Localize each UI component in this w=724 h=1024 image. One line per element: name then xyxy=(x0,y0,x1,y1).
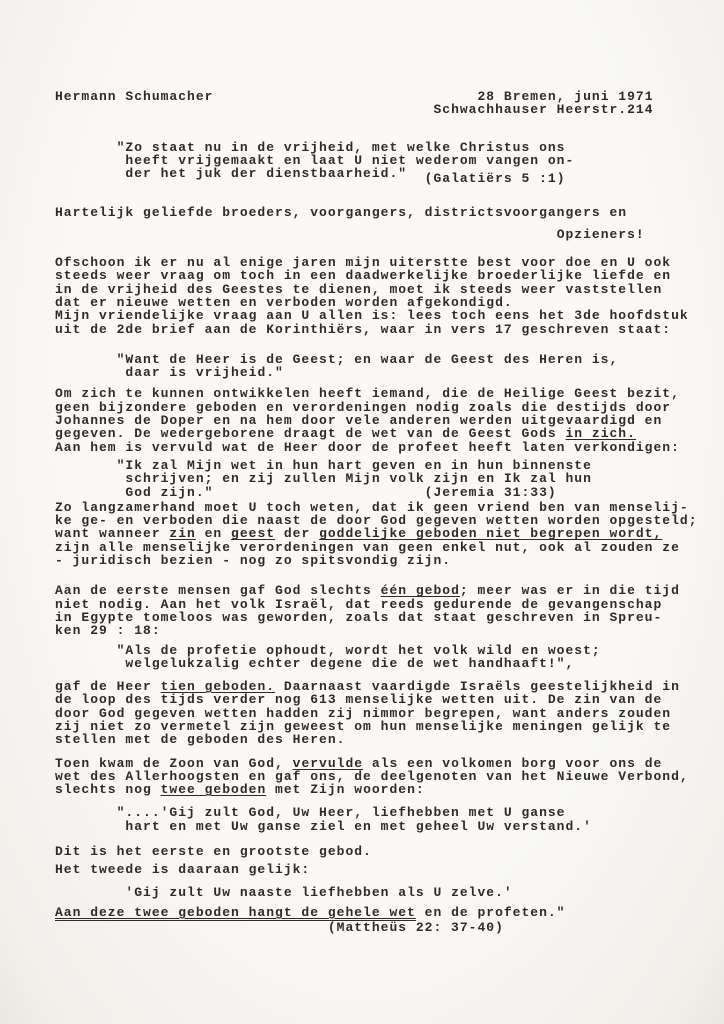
text-line: (Mattheüs 22: 37-40) xyxy=(55,921,724,934)
line-second-commandment-intro: Het tweede is daaraan gelijk: xyxy=(55,863,724,876)
text-line: wet des Allerhoogsten en gaf ons, de dee… xyxy=(55,770,724,783)
spacer xyxy=(55,365,125,380)
underlined-text: twee geboden xyxy=(161,782,267,797)
text-line: heeft vrijgemaakt en laat U niet wederom… xyxy=(55,154,724,167)
text-line: hart en met Uw ganse ziel en met geheel … xyxy=(55,820,724,833)
text-line: niet nodig. Aan het volk Israël, dat ree… xyxy=(55,598,724,611)
text-line: Hermann Schumacher 28 Bremen, juni 1971 xyxy=(55,90,724,103)
text-line: Aan hem is vervuld wat de Heer door de p… xyxy=(55,441,724,454)
text-line: Het tweede is daaraan gelijk: xyxy=(55,863,724,876)
text-line: stellen met de geboden des Heren. xyxy=(55,733,724,746)
text-line: Opzieners! xyxy=(55,228,724,241)
spacer xyxy=(55,920,328,935)
reference-matthew: (Mattheüs 22: 37-40) xyxy=(55,921,724,934)
text-line: dat er nieuwe wetten en verboden worden … xyxy=(55,296,724,309)
text-line: Mijn vriendelijke vraag aan U allen is: … xyxy=(55,309,724,322)
paragraph-4: Aan de eerste mensen gaf God slechts één… xyxy=(55,584,724,637)
text-segment: (Jeremia 31:33) xyxy=(425,485,557,500)
paragraph-5: gaf de Heer tien geboden. Daarnaast vaar… xyxy=(55,680,724,746)
text-line: Aan de eerste mensen gaf God slechts één… xyxy=(55,584,724,597)
text-line: Johannes de Doper en na hem door vele an… xyxy=(55,414,724,427)
paragraph-2: Om zich te kunnen ontwikkelen heeft iema… xyxy=(55,387,724,453)
quote-proverbs: "Als de profetie ophoudt, wordt het volk… xyxy=(55,644,724,671)
text-segment: Dit is het eerste en grootste gebod. xyxy=(55,844,372,859)
text-line: steeds weer vraag om toch in een daadwer… xyxy=(55,269,724,282)
text-segment: welgelukzalig echter degene die de wet h… xyxy=(125,656,574,671)
paragraph-1: Ofschoon ik er nu al enige jaren mijn ui… xyxy=(55,256,724,336)
text-segment: daar is vrijheid." xyxy=(125,365,283,380)
text-line: geen bijzondere geboden en verordeningen… xyxy=(55,401,724,414)
text-segment: Het tweede is daaraan gelijk: xyxy=(55,862,310,877)
spacer xyxy=(407,166,425,181)
text-line: Om zich te kunnen ontwikkelen heeft iema… xyxy=(55,387,724,400)
text-line: Hartelijk geliefde broeders, voorgangers… xyxy=(55,206,724,219)
text-line: de loop des tijds verder nog 613 menseli… xyxy=(55,693,724,706)
text-line: zijn alle menselijke verordeningen van g… xyxy=(55,541,724,554)
quote-galatians: "Zo staat nu in de vrijheid, met welke C… xyxy=(55,141,724,181)
text-line: ken 29 : 18: xyxy=(55,624,724,637)
double-underlined-text: Aan deze twee geboden hangt de gehele we… xyxy=(55,905,416,922)
letter-page: Hermann Schumacher 28 Bremen, juni 1971 … xyxy=(0,0,724,1024)
text-line: Schwachhauser Heerstr.214 xyxy=(55,103,724,116)
text-segment: Aan hem is vervuld wat de Heer door de p… xyxy=(55,440,680,455)
text-line: "Zo staat nu in de vrijheid, met welke C… xyxy=(55,141,724,154)
line-conclusion: Aan deze twee geboden hangt de gehele we… xyxy=(55,906,724,919)
scripture-reference: (Galatiërs 5 :1) xyxy=(425,171,566,186)
text-segment: met Zijn woorden: xyxy=(266,782,424,797)
text-line: want wanneer zin en geest der goddelijke… xyxy=(55,527,724,540)
text-line: Aan deze twee geboden hangt de gehele we… xyxy=(55,906,724,919)
text-line: Dit is het eerste en grootste gebod. xyxy=(55,845,724,858)
spacer xyxy=(55,885,125,900)
text-line: zij niet zo vermetel zijn geweest om hun… xyxy=(55,720,724,733)
text-segment: God zijn." xyxy=(125,485,213,500)
text-line: ke ge- en verboden die naast de door God… xyxy=(55,514,724,527)
text-line: "Ik zal Mijn wet in hun hart geven en in… xyxy=(55,459,724,472)
text-line: slechts nog twee geboden met Zijn woorde… xyxy=(55,783,724,796)
salutation-continued: Opzieners! xyxy=(55,228,724,241)
salutation: Hartelijk geliefde broeders, voorgangers… xyxy=(55,206,724,219)
text-segment: Hartelijk geliefde broeders, voorgangers… xyxy=(55,205,627,220)
text-line: daar is vrijheid." xyxy=(55,366,724,379)
quote-corinthians: "Want de Heer is de Geest; en waar de Ge… xyxy=(55,353,724,380)
text-line: - juridisch bezien - nog zo spitsvondig … xyxy=(55,554,724,567)
letterhead: Hermann Schumacher 28 Bremen, juni 1971 … xyxy=(55,90,724,117)
text-segment: stellen met de geboden des Heren. xyxy=(55,732,345,747)
spacer xyxy=(213,485,424,500)
text-line: uit de 2de brief aan de Korinthiërs, waa… xyxy=(55,323,724,336)
text-line: Ofschoon ik er nu al enige jaren mijn ui… xyxy=(55,256,724,269)
text-line: 'Gij zult Uw naaste liefhebben als U zel… xyxy=(55,886,724,899)
text-line: door God gegeven wetten hadden zij nimmo… xyxy=(55,707,724,720)
text-line: "Als de profetie ophoudt, wordt het volk… xyxy=(55,644,724,657)
spacer xyxy=(55,166,125,181)
spacer xyxy=(55,656,125,671)
text-segment: ken 29 : 18: xyxy=(55,623,161,638)
text-line: "....'Gij zult God, Uw Heer, liefhebben … xyxy=(55,806,724,819)
paragraph-3: Zo langzamerhand moet U toch weten, dat … xyxy=(55,501,724,567)
text-line: der het juk der dienstbaarheid." (Galati… xyxy=(55,167,724,180)
letter-body: Hermann Schumacher 28 Bremen, juni 1971 … xyxy=(55,90,724,935)
text-segment: Schwachhauser Heerstr.214 xyxy=(433,102,653,117)
spacer xyxy=(55,227,557,242)
text-segment: en de profeten." xyxy=(416,905,566,920)
text-segment: - juridisch bezien - nog zo spitsvondig … xyxy=(55,553,451,568)
quote-matthew: "....'Gij zult God, Uw Heer, liefhebben … xyxy=(55,806,724,833)
text-line: "Want de Heer is de Geest; en waar de Ge… xyxy=(55,353,724,366)
text-segment: slechts nog xyxy=(55,782,161,797)
text-segment: (Mattheüs 22: 37-40) xyxy=(328,920,504,935)
text-line: in de vrijheid des Geestes te dienen, mo… xyxy=(55,283,724,296)
spacer xyxy=(55,485,125,500)
spacer xyxy=(55,102,433,117)
text-line: Zo langzamerhand moet U toch weten, dat … xyxy=(55,501,724,514)
text-line: God zijn." (Jeremia 31:33) xyxy=(55,486,724,499)
quote-second-commandment: 'Gij zult Uw naaste liefhebben als U zel… xyxy=(55,886,724,899)
paragraph-6: Toen kwam de Zoon van God, vervulde als … xyxy=(55,757,724,797)
line-first-commandment: Dit is het eerste en grootste gebod. xyxy=(55,845,724,858)
text-line: in Egypte tomeloos was geworden, zoals d… xyxy=(55,611,724,624)
text-segment: uit de 2de brief aan de Korinthiërs, waa… xyxy=(55,322,671,337)
spacer xyxy=(55,819,125,834)
quote-jeremiah: "Ik zal Mijn wet in hun hart geven en in… xyxy=(55,459,724,499)
text-line: schrijven; en zij zullen Mijn volk zijn … xyxy=(55,472,724,485)
text-line: welgelukzalig echter degene die de wet h… xyxy=(55,657,724,670)
text-segment: Opzieners! xyxy=(557,227,645,242)
text-segment: 'Gij zult Uw naaste liefhebben als U zel… xyxy=(125,885,512,900)
text-line: gegeven. De wedergeborene draagt de wet … xyxy=(55,427,724,440)
text-segment: der het juk der dienstbaarheid." xyxy=(125,166,407,181)
text-line: Toen kwam de Zoon van God, vervulde als … xyxy=(55,757,724,770)
text-line: gaf de Heer tien geboden. Daarnaast vaar… xyxy=(55,680,724,693)
text-segment: hart en met Uw ganse ziel en met geheel … xyxy=(125,819,591,834)
